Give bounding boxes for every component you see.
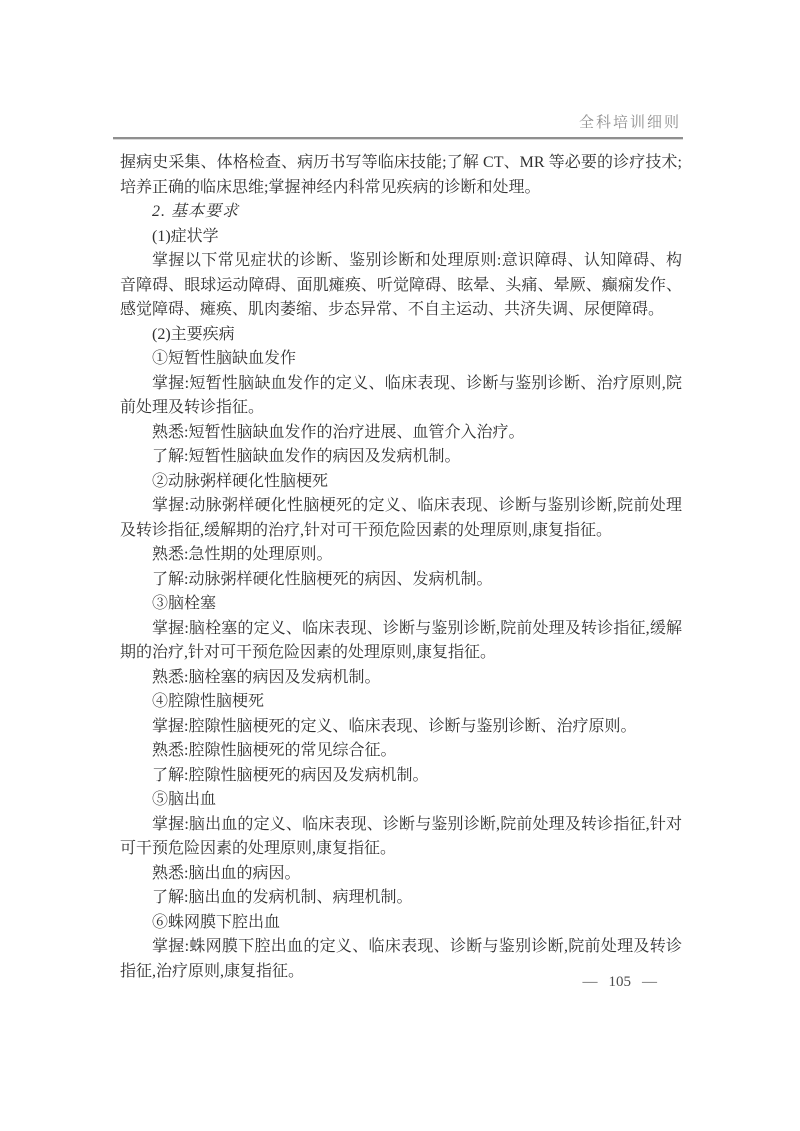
document-page: 全科培训细则 握病史采集、体格检查、病历书写等临床技能;了解 CT、MR 等必要…: [0, 0, 800, 1131]
paragraph: 掌握:短暂性脑缺血发作的定义、临床表现、诊断与鉴别诊断、治疗原则,院前处理及转诊…: [120, 372, 682, 421]
paragraph: 掌握:动脉粥样硬化性脑梗死的定义、临床表现、诊断与鉴别诊断,院前处理及转诊指征,…: [120, 494, 682, 543]
paragraph: 掌握:脑栓塞的定义、临床表现、诊断与鉴别诊断,院前处理及转诊指征,缓解期的治疗,…: [120, 617, 682, 666]
paragraph: 了解:腔隙性脑梗死的病因及发病机制。: [120, 764, 682, 789]
paragraph: ⑤脑出血: [120, 788, 682, 813]
header-rule-divider: [113, 137, 683, 140]
paragraph: 了解:动脉粥样硬化性脑梗死的病因、发病机制。: [120, 568, 682, 593]
paragraph: (2)主要疾病: [120, 323, 682, 348]
paragraph: 掌握:脑出血的定义、临床表现、诊断与鉴别诊断,院前处理及转诊指征,针对可干预危险…: [120, 813, 682, 862]
paragraph: 了解:短暂性脑缺血发作的病因及发病机制。: [120, 445, 682, 470]
paragraph: 握病史采集、体格检查、病历书写等临床技能;了解 CT、MR 等必要的诊疗技术;培…: [120, 151, 682, 200]
paragraph: 熟悉:腔隙性脑梗死的常见综合征。: [120, 739, 682, 764]
paragraph: ③脑栓塞: [120, 592, 682, 617]
page-number: 105: [609, 974, 632, 990]
paragraph: ⑥蛛网膜下腔出血: [120, 911, 682, 936]
paragraph: ①短暂性脑缺血发作: [120, 347, 682, 372]
paragraph: 熟悉:脑栓塞的病因及发病机制。: [120, 666, 682, 691]
paragraph: ④腔隙性脑梗死: [120, 690, 682, 715]
paragraph: 掌握:腔隙性脑梗死的定义、临床表现、诊断与鉴别诊断、治疗原则。: [120, 715, 682, 740]
footer-right-dash: —: [642, 974, 657, 991]
paragraph: 掌握以下常见症状的诊断、鉴别诊断和处理原则:意识障碍、认知障碍、构音障碍、眼球运…: [120, 249, 682, 323]
running-header-title: 全科培训细则: [120, 111, 681, 132]
page-footer: —105—: [120, 974, 668, 991]
document-body: 握病史采集、体格检查、病历书写等临床技能;了解 CT、MR 等必要的诊疗技术;培…: [120, 151, 682, 984]
paragraph: 熟悉:急性期的处理原则。: [120, 543, 682, 568]
paragraph: 了解:脑出血的发病机制、病理机制。: [120, 886, 682, 911]
paragraph: 熟悉:短暂性脑缺血发作的治疗进展、血管介入治疗。: [120, 421, 682, 446]
paragraph: (1)症状学: [120, 225, 682, 250]
paragraph: 熟悉:脑出血的病因。: [120, 862, 682, 887]
paragraph: ②动脉粥样硬化性脑梗死: [120, 470, 682, 495]
paragraph: 2. 基本要求: [120, 200, 682, 225]
footer-left-dash: —: [583, 974, 598, 991]
